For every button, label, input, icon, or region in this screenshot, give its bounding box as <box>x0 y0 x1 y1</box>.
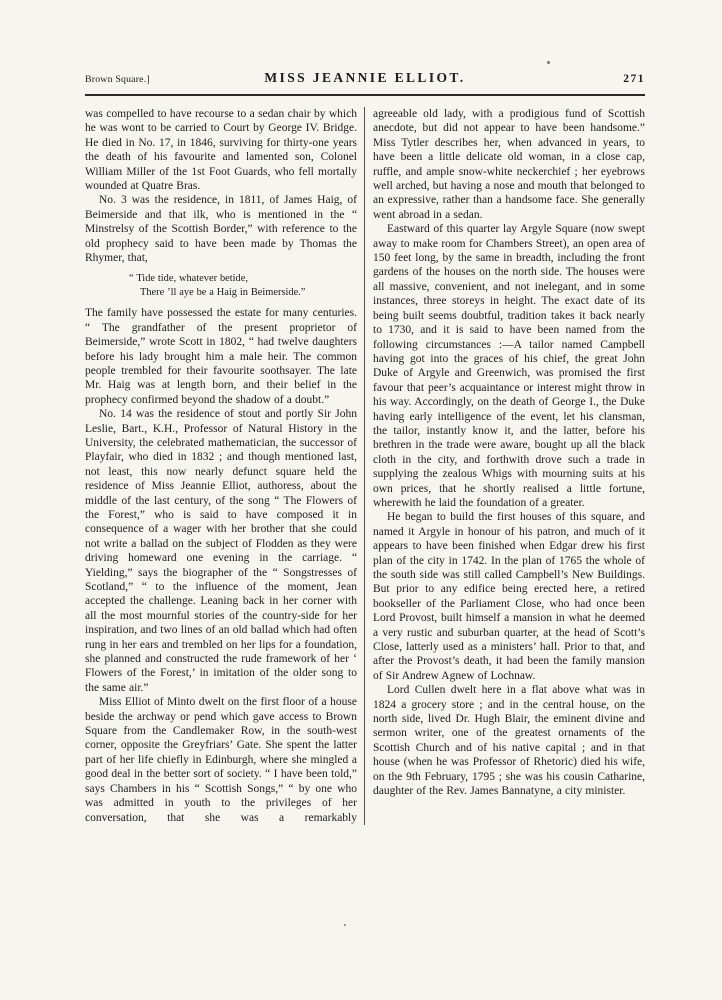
verse-line: There ’ll aye be a Haig in Beimerside.” <box>129 286 357 299</box>
paragraph: He began to build the first houses of th… <box>373 510 645 683</box>
running-head: Brown Square.] MISS JEANNIE ELLIOT. 271 <box>85 70 645 90</box>
scan-speck <box>344 924 346 926</box>
paragraph: No. 3 was the residence, in 1811, of Jam… <box>85 193 357 265</box>
scan-speck <box>547 61 550 64</box>
book-page: Brown Square.] MISS JEANNIE ELLIOT. 271 … <box>0 0 722 1000</box>
header-rule <box>85 94 645 96</box>
paragraph: The family have possessed the estate for… <box>85 306 357 407</box>
paragraph: Lord Cullen dwelt here in a flat above w… <box>373 683 645 798</box>
paragraph: agreeable old lady, with a prodigious fu… <box>373 107 645 222</box>
left-column: was compelled to have recourse to a seda… <box>85 107 365 825</box>
page-number: 271 <box>515 73 645 85</box>
paragraph: was compelled to have recourse to a seda… <box>85 107 357 193</box>
text-columns: was compelled to have recourse to a seda… <box>85 107 645 825</box>
verse-block: “ Tide tide, whatever betide,There ’ll a… <box>129 272 357 299</box>
page-content: Brown Square.] MISS JEANNIE ELLIOT. 271 … <box>85 70 645 825</box>
right-column: agreeable old lady, with a prodigious fu… <box>365 107 645 825</box>
paragraph: Eastward of this quarter lay Argyle Squa… <box>373 222 645 510</box>
page-title: MISS JEANNIE ELLIOT. <box>215 70 515 86</box>
verse-line: “ Tide tide, whatever betide, <box>129 272 357 285</box>
paragraph: No. 14 was the residence of stout and po… <box>85 407 357 695</box>
section-label: Brown Square.] <box>85 74 215 85</box>
paragraph: Miss Elliot of Minto dwelt on the first … <box>85 695 357 825</box>
